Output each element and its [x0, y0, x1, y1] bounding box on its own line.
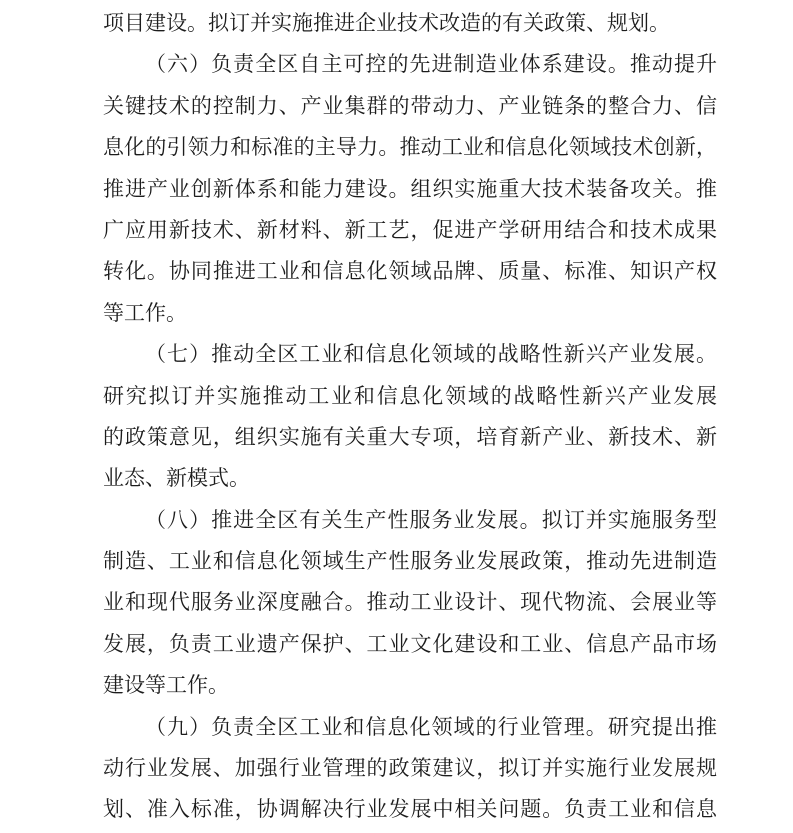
text-line: 发展，负责工业遗产保护、工业文化建设和工业、信息产品市场	[103, 624, 717, 665]
text-line: 业态、新模式。	[103, 458, 717, 499]
text-body: 项目建设。拟订并实施推进企业技术改造的有关政策、规划。（六）负责全区自主可控的先…	[103, 3, 717, 831]
text-line: 研究拟订并实施推动工业和信息化领域的战略性新兴产业发展	[103, 376, 717, 417]
document-page: 项目建设。拟订并实施推进企业技术改造的有关政策、规划。（六）负责全区自主可控的先…	[0, 0, 793, 833]
text-line: 广应用新技术、新材料、新工艺，促进产学研用结合和技术成果	[103, 210, 717, 251]
text-line: （六）负责全区自主可控的先进制造业体系建设。推动提升	[103, 44, 717, 85]
text-line: 等工作。	[103, 293, 717, 334]
text-line: 推进产业创新体系和能力建设。组织实施重大技术装备攻关。推	[103, 169, 717, 210]
text-line: 划、准入标准，协调解决行业发展中相关问题。负责工业和信息	[103, 789, 717, 830]
text-line: 转化。协同推进工业和信息化领域品牌、质量、标准、知识产权	[103, 251, 717, 292]
text-line: 建设等工作。	[103, 665, 717, 706]
text-line: （七）推动全区工业和信息化领域的战略性新兴产业发展。	[103, 334, 717, 375]
text-line: 制造、工业和信息化领域生产性服务业发展政策，推动先进制造	[103, 541, 717, 582]
text-line: （八）推进全区有关生产性服务业发展。拟订并实施服务型	[103, 500, 717, 541]
text-line: 的政策意见，组织实施有关重大专项，培育新产业、新技术、新	[103, 417, 717, 458]
text-line: 项目建设。拟订并实施推进企业技术改造的有关政策、规划。	[103, 3, 717, 44]
text-line: 息化的引领力和标准的主导力。推动工业和信息化领域技术创新，	[103, 127, 717, 168]
text-line: （九）负责全区工业和信息化领域的行业管理。研究提出推	[103, 707, 717, 748]
text-line: 动行业发展、加强行业管理的政策建议，拟订并实施行业发展规	[103, 748, 717, 789]
text-line: 业和现代服务业深度融合。推动工业设计、现代物流、会展业等	[103, 582, 717, 623]
text-line: 关键技术的控制力、产业集群的带动力、产业链条的整合力、信	[103, 86, 717, 127]
